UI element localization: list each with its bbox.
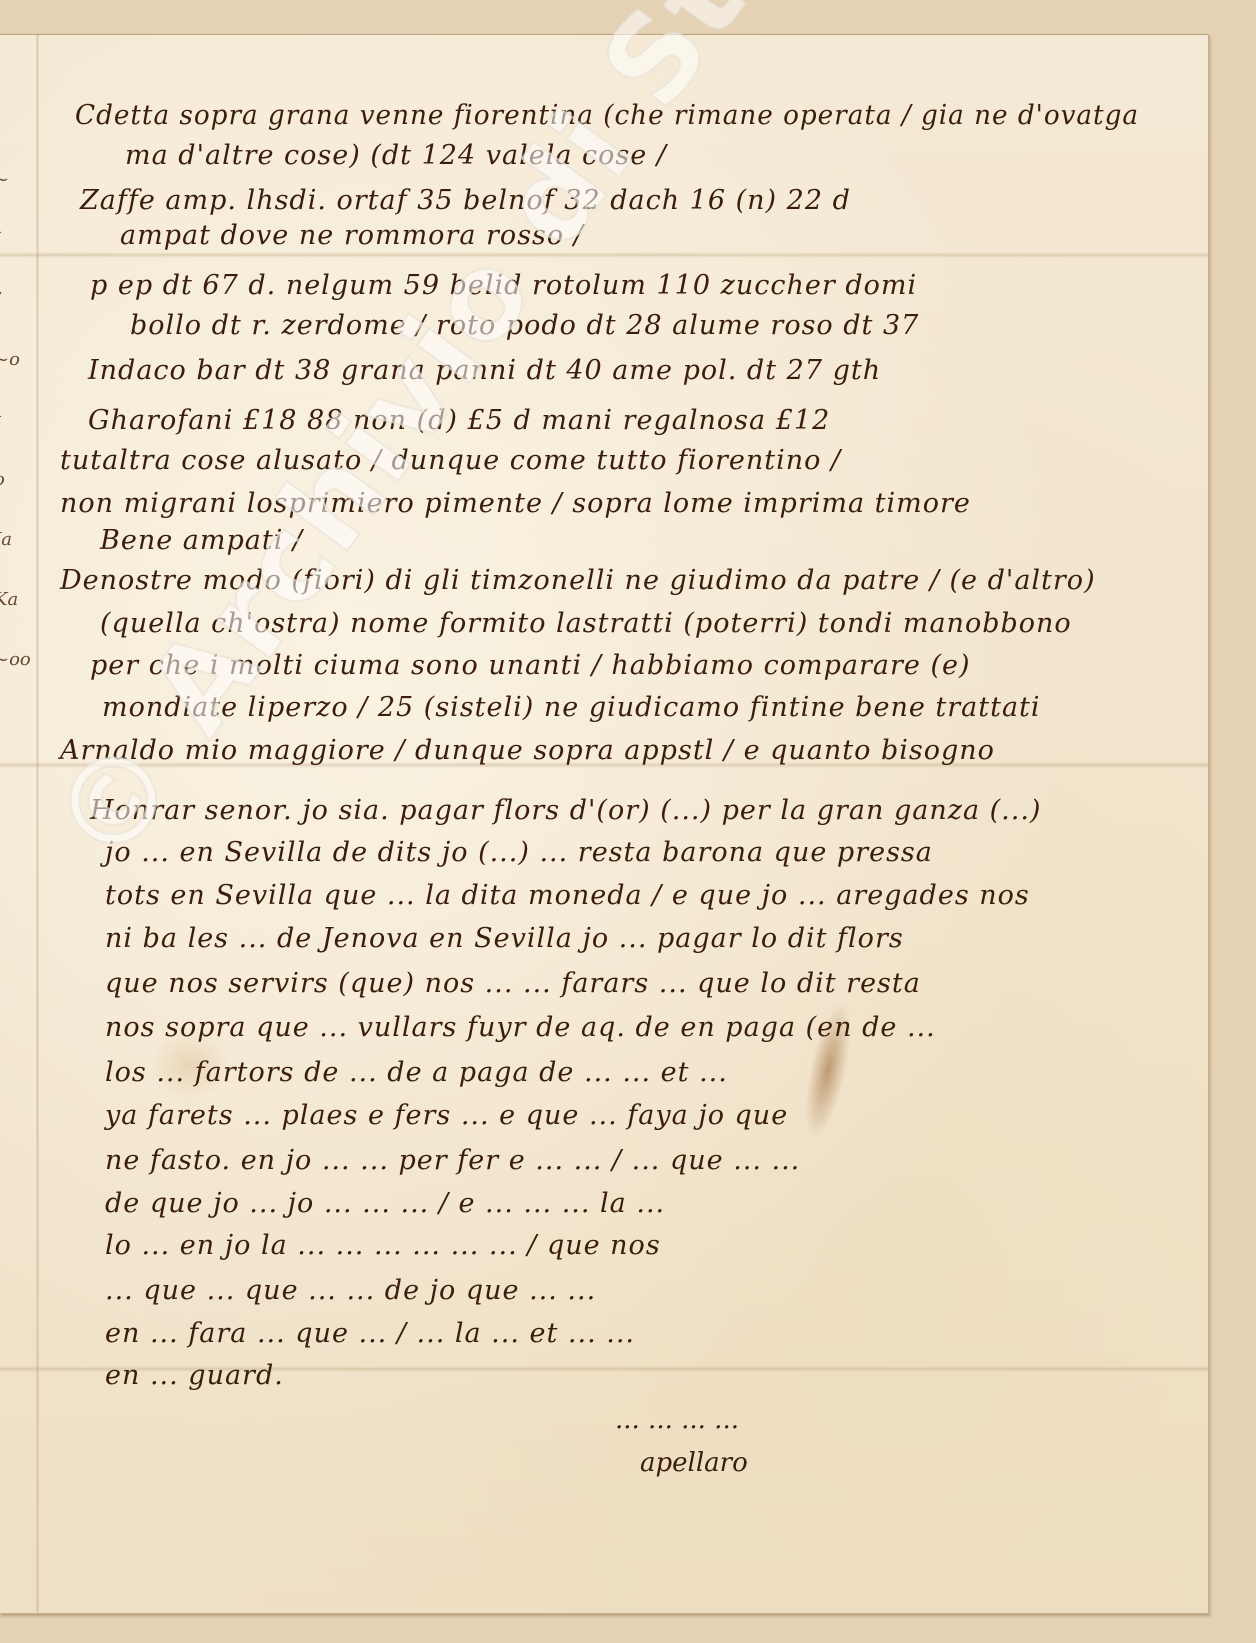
text-line: per che i molti ciuma sono unanti / habb… <box>90 650 971 681</box>
text-line: lo ... en jo la ... ... ... ... ... ... … <box>105 1230 661 1261</box>
margin-fragment: Ja <box>0 510 34 570</box>
text-line: Bene ampati / <box>100 525 303 556</box>
text-line: bollo dt r. zerdome / roto podo dt 28 al… <box>130 310 919 341</box>
text-line: ... que ... que ... ... de jo que ... ..… <box>105 1275 596 1306</box>
text-line: mondiate liperzo / 25 (sisteli) ne giudi… <box>102 692 1041 723</box>
text-line: ampat dove ne rommora rosso / <box>120 220 584 251</box>
margin-fragment: ~ <box>0 150 34 210</box>
signature-line: ... ... ... ... <box>615 1405 739 1435</box>
text-line: Indaco bar dt 38 grana panni dt 40 ame p… <box>88 355 881 386</box>
text-line: Denostre modo (fiori) di gli timzonelli … <box>60 565 1096 596</box>
text-line: ni ba les ... de Jenova en Sevilla jo ..… <box>105 923 904 954</box>
text-line: Honrar senor. jo sia. pagar flors d'(or)… <box>90 795 1041 826</box>
signature-name: apellaro <box>640 1448 748 1478</box>
text-line: ma d'altre cose) (dt 124 valela cose / <box>125 140 667 171</box>
text-line: non migrani losprimiero pimente / sopra … <box>60 488 971 519</box>
margin-fragment: ( <box>0 210 34 270</box>
margin-fragment: ~o <box>0 330 34 390</box>
text-line: los ... fartors de ... de a paga de ... … <box>105 1057 728 1088</box>
text-line: en ... guard. <box>105 1360 284 1391</box>
text-line: tutaltra cose alusato / dunque come tutt… <box>60 445 841 476</box>
margin-fragment: t <box>0 390 34 450</box>
fold-crease-vertical <box>36 34 39 1612</box>
text-line: Gharofani £18 88 non (d) £5 d mani regal… <box>88 405 830 436</box>
text-line: ya farets ... plaes e fers ... e que ...… <box>105 1100 788 1131</box>
text-line: ne fasto. en jo ... ... per fer e ... ..… <box>105 1145 800 1176</box>
margin-fragment: ~oo <box>0 630 34 690</box>
fold-crease-horizontal <box>0 252 1208 258</box>
text-line: en ... fara ... que ... / ... la ... et … <box>105 1318 635 1349</box>
text-line: (quella ch'ostra) nome formito lastratti… <box>100 608 1072 639</box>
text-line: p ep dt 67 d. nelgum 59 belid rotolum 11… <box>90 270 917 301</box>
text-line: nos sopra que ... vullars fuyr de aq. de… <box>105 1012 936 1043</box>
text-line: que nos servirs (que) nos ... ... farars… <box>105 968 921 999</box>
margin-fragment: / <box>0 270 34 330</box>
margin-fragment: o <box>0 450 34 510</box>
adjacent-page-fragments: ~ ( / ~o t o Ja Ka ~oo <box>0 40 34 1540</box>
text-line: tots en Sevilla que ... la dita moneda /… <box>105 880 1030 911</box>
text-line: jo ... en Sevilla de dits jo (...) ... r… <box>105 837 933 868</box>
text-line: de que jo ... jo ... ... ... / e ... ...… <box>105 1188 665 1219</box>
text-line: Arnaldo mio maggiore / dunque sopra apps… <box>60 735 995 766</box>
margin-fragment: Ka <box>0 570 34 630</box>
text-line: Zaffe amp. lhsdi. ortaf 35 belnof 32 dac… <box>80 185 851 216</box>
text-line: Cdetta sopra grana venne fiorentina (che… <box>75 100 1139 131</box>
